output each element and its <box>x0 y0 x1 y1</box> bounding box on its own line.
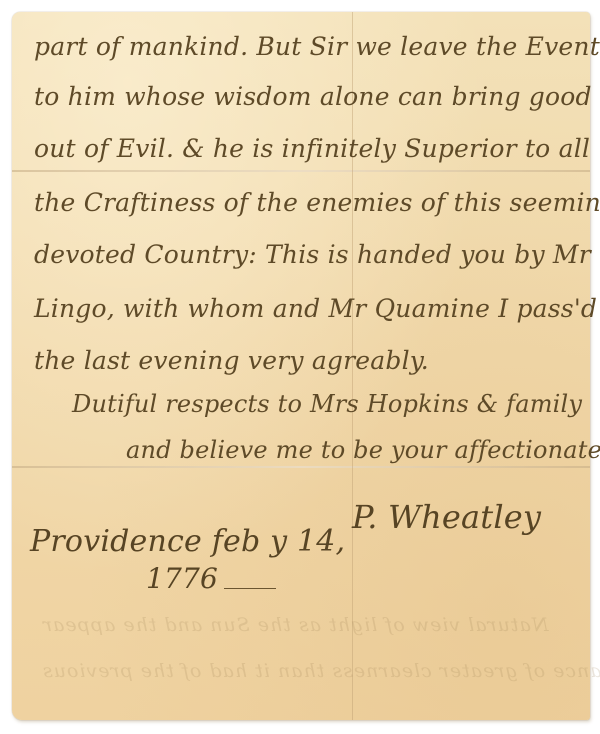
letter-line: the last evening very agreably. <box>34 346 429 375</box>
dateline-place-date: Providence feb y 14, <box>30 524 345 559</box>
letter-line: devoted Country: This is handed you by M… <box>34 240 591 269</box>
letter-page: Natural view of light as the Sun and the… <box>12 12 590 720</box>
closing-affection-line: and believe me to be your affectionate <box>126 436 600 464</box>
letter-line: to him whose wisdom alone can bring good <box>34 82 592 111</box>
bleed-through-text: Natural view of light as the Sun and the… <box>42 614 548 636</box>
letter-line: Lingo, with whom and Mr Quamine I pass'd <box>34 294 597 323</box>
letter-line: the Craftiness of the enemies of this se… <box>34 188 600 217</box>
signature: P. Wheatley <box>352 498 541 536</box>
letter-line: part of mankind. But Sir we leave the Ev… <box>34 32 600 61</box>
horizontal-fold-line-lower <box>12 466 590 468</box>
bleed-through-text: ance of greater clearness than it had of… <box>42 660 600 682</box>
closing-respects-line: Dutiful respects to Mrs Hopkins & family <box>72 390 582 418</box>
dateline-year: 1776 <box>146 562 218 595</box>
horizontal-fold-line-upper <box>12 170 590 172</box>
letter-line: out of Evil. & he is infinitely Superior… <box>34 134 590 163</box>
dateline-flourish <box>224 588 276 589</box>
